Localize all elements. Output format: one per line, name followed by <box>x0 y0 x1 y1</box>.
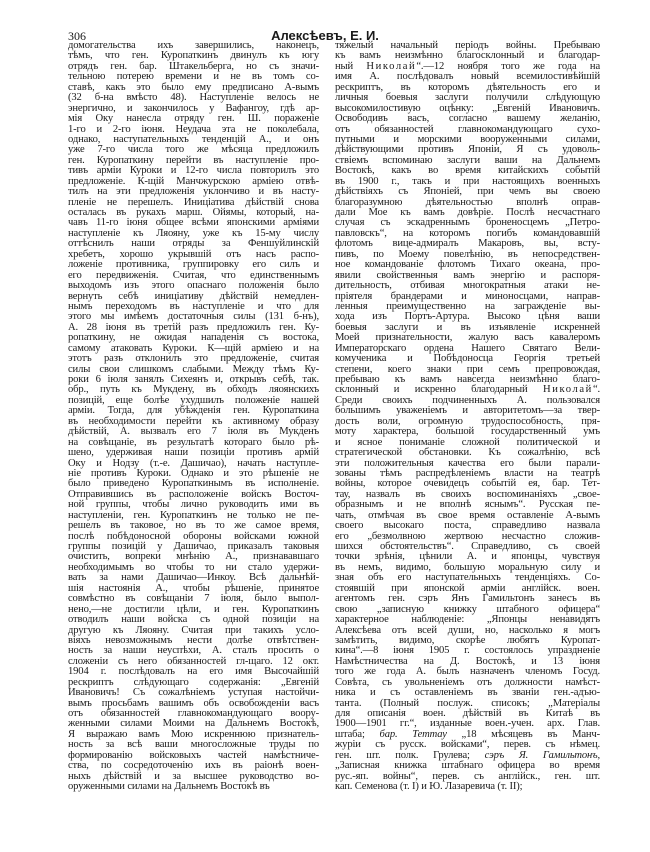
text-line: своего высокаго поста, справедливо назва… <box>335 521 600 531</box>
text-line: характерное наблюденіе: „Японцы ненавидя… <box>335 615 600 625</box>
spaced-signature: Николай <box>366 61 416 72</box>
text-line: ника и съ оставленіемъ въ званіи ген.-ад… <box>335 688 600 698</box>
text-line: этотъ разъ отклонилъ это предложеніе, сч… <box>68 354 319 364</box>
text-line: выходомъ изъ этого опаснаго положенія бы… <box>68 281 319 291</box>
text-line: дительность, отбивая многократныя атаки … <box>335 281 600 291</box>
text-line: решелъ въ таковое, но въ то же самое вре… <box>68 521 319 531</box>
text-line: комученика и Побѣдоносца Георгія третьей <box>335 354 600 364</box>
text-line: дѣйствіяхъ съ Японіей, при чемъ вы своею <box>335 187 600 197</box>
text-line: тилъ на эти предложенія уклончиво и въ н… <box>68 187 319 197</box>
text-line: Освободивъ васъ, согласно вашему желанію… <box>335 114 600 124</box>
text-line: кап. Семенова (т. I) и Ю. Лазаревича (т.… <box>335 782 600 792</box>
italic-citation: бар. Теттау <box>380 729 447 740</box>
text-line: стратегической обстановки. Къ сожалѣнію,… <box>335 448 600 458</box>
spaced-signature: Николай <box>543 384 593 395</box>
text-line: мія Оку нанесла отряду ген. Ш. пораженіе <box>68 114 319 124</box>
text-line: оруженными силами на Дальнемъ Востокѣ въ <box>68 782 319 792</box>
text-line: шено, удерживая наши позиціи противъ арм… <box>68 448 319 458</box>
italic-citation: сэръ Я. Гамильтонъ, <box>485 750 600 761</box>
right-column: тяжелый начальный періодъ войны. Пребыва… <box>335 41 600 793</box>
text-line: Ивановичъ! Съ сожалѣніемъ уступая настой… <box>68 688 319 698</box>
text-line: отводилъ наши войска съ одной позиціи на <box>68 615 319 625</box>
left-column: домогательства ихъ завершились, наконецъ… <box>68 41 319 793</box>
